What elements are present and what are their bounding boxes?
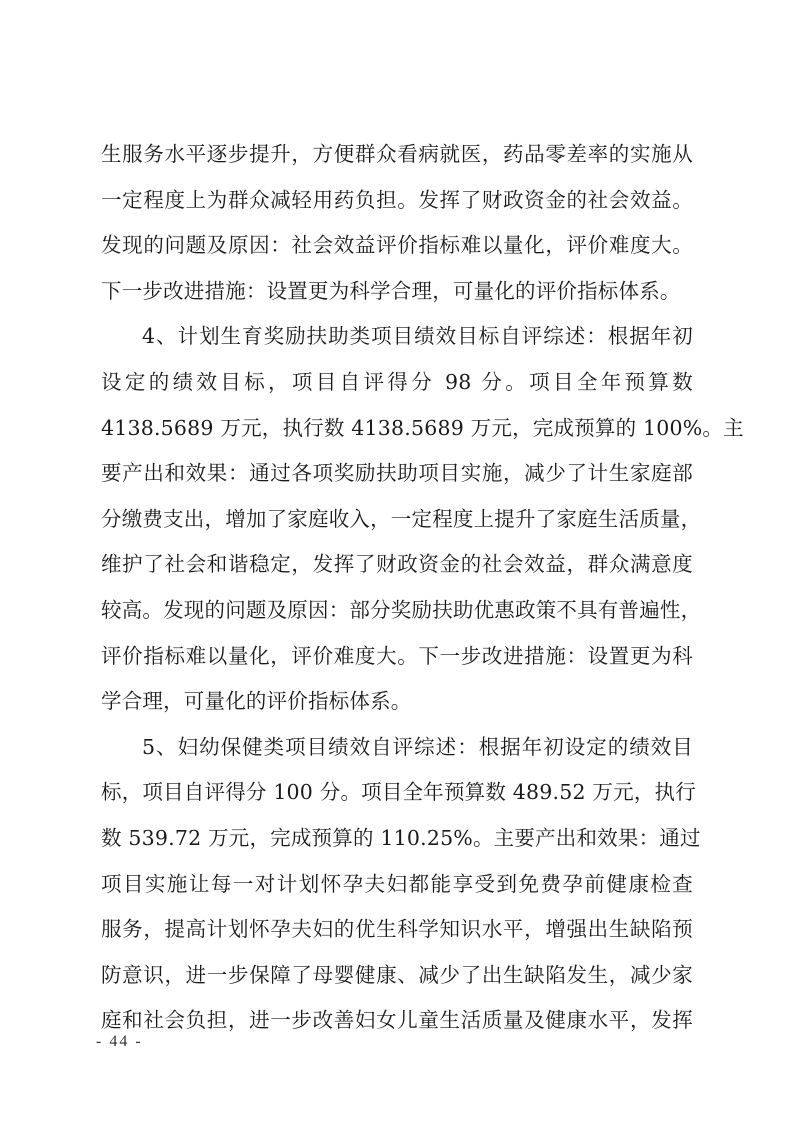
- text-line: 分缴费支出，增加了家庭收入，一定程度上提升了家庭生活质量，: [101, 497, 693, 543]
- text-line: 维护了社会和谐稳定，发挥了财政资金的社会效益，群众满意度: [101, 542, 693, 588]
- text-line: 评价指标难以量化，评价难度大。下一步改进措施：设置更为科: [101, 634, 693, 680]
- text-line: 数 539.72 万元，完成预算的 110.25%。主要产出和效果：通过: [101, 816, 693, 862]
- text-line: 标，项目自评得分 100 分。项目全年预算数 489.52 万元，执行: [101, 770, 693, 816]
- page-number: - 44 -: [96, 1033, 143, 1051]
- document-page: 生服务水平逐步提升，方便群众看病就医，药品零差率的实施从 一定程度上为群众减轻用…: [0, 0, 793, 1122]
- text-line: 生服务水平逐步提升，方便群众看病就医，药品零差率的实施从: [101, 132, 693, 178]
- text-line: 学合理，可量化的评价指标体系。: [101, 679, 693, 725]
- text-line: 较高。发现的问题及原因：部分奖励扶助优惠政策不具有普遍性，: [101, 588, 693, 634]
- body-text: 生服务水平逐步提升，方便群众看病就医，药品零差率的实施从 一定程度上为群众减轻用…: [101, 132, 693, 1044]
- text-line: 发现的问题及原因：社会效益评价指标难以量化，评价难度大。: [101, 223, 693, 269]
- text-line: 4138.5689 万元，执行数 4138.5689 万元，完成预算的 100%…: [101, 406, 693, 452]
- paragraph-heading-line: 4、计划生育奖励扶助类项目绩效目标自评综述：根据年初: [101, 314, 693, 360]
- text-line: 庭和社会负担，进一步改善妇女儿童生活质量及健康水平，发挥: [101, 998, 693, 1044]
- paragraph-heading-line: 5、妇幼保健类项目绩效自评综述：根据年初设定的绩效目: [101, 725, 693, 771]
- text-line: 项目实施让每一对计划怀孕夫妇都能享受到免费孕前健康检查: [101, 862, 693, 908]
- text-line: 一定程度上为群众减轻用药负担。发挥了财政资金的社会效益。: [101, 178, 693, 224]
- text-line: 防意识，进一步保障了母婴健康、减少了出生缺陷发生，减少家: [101, 953, 693, 999]
- text-line: 下一步改进措施：设置更为科学合理，可量化的评价指标体系。: [101, 269, 693, 315]
- text-line: 服务，提高计划怀孕夫妇的优生科学知识水平，增强出生缺陷预: [101, 907, 693, 953]
- text-line: 要产出和效果：通过各项奖励扶助项目实施，减少了计生家庭部: [101, 451, 693, 497]
- text-line: 设定的绩效目标，项目自评得分 98 分。项目全年预算数: [101, 360, 693, 406]
